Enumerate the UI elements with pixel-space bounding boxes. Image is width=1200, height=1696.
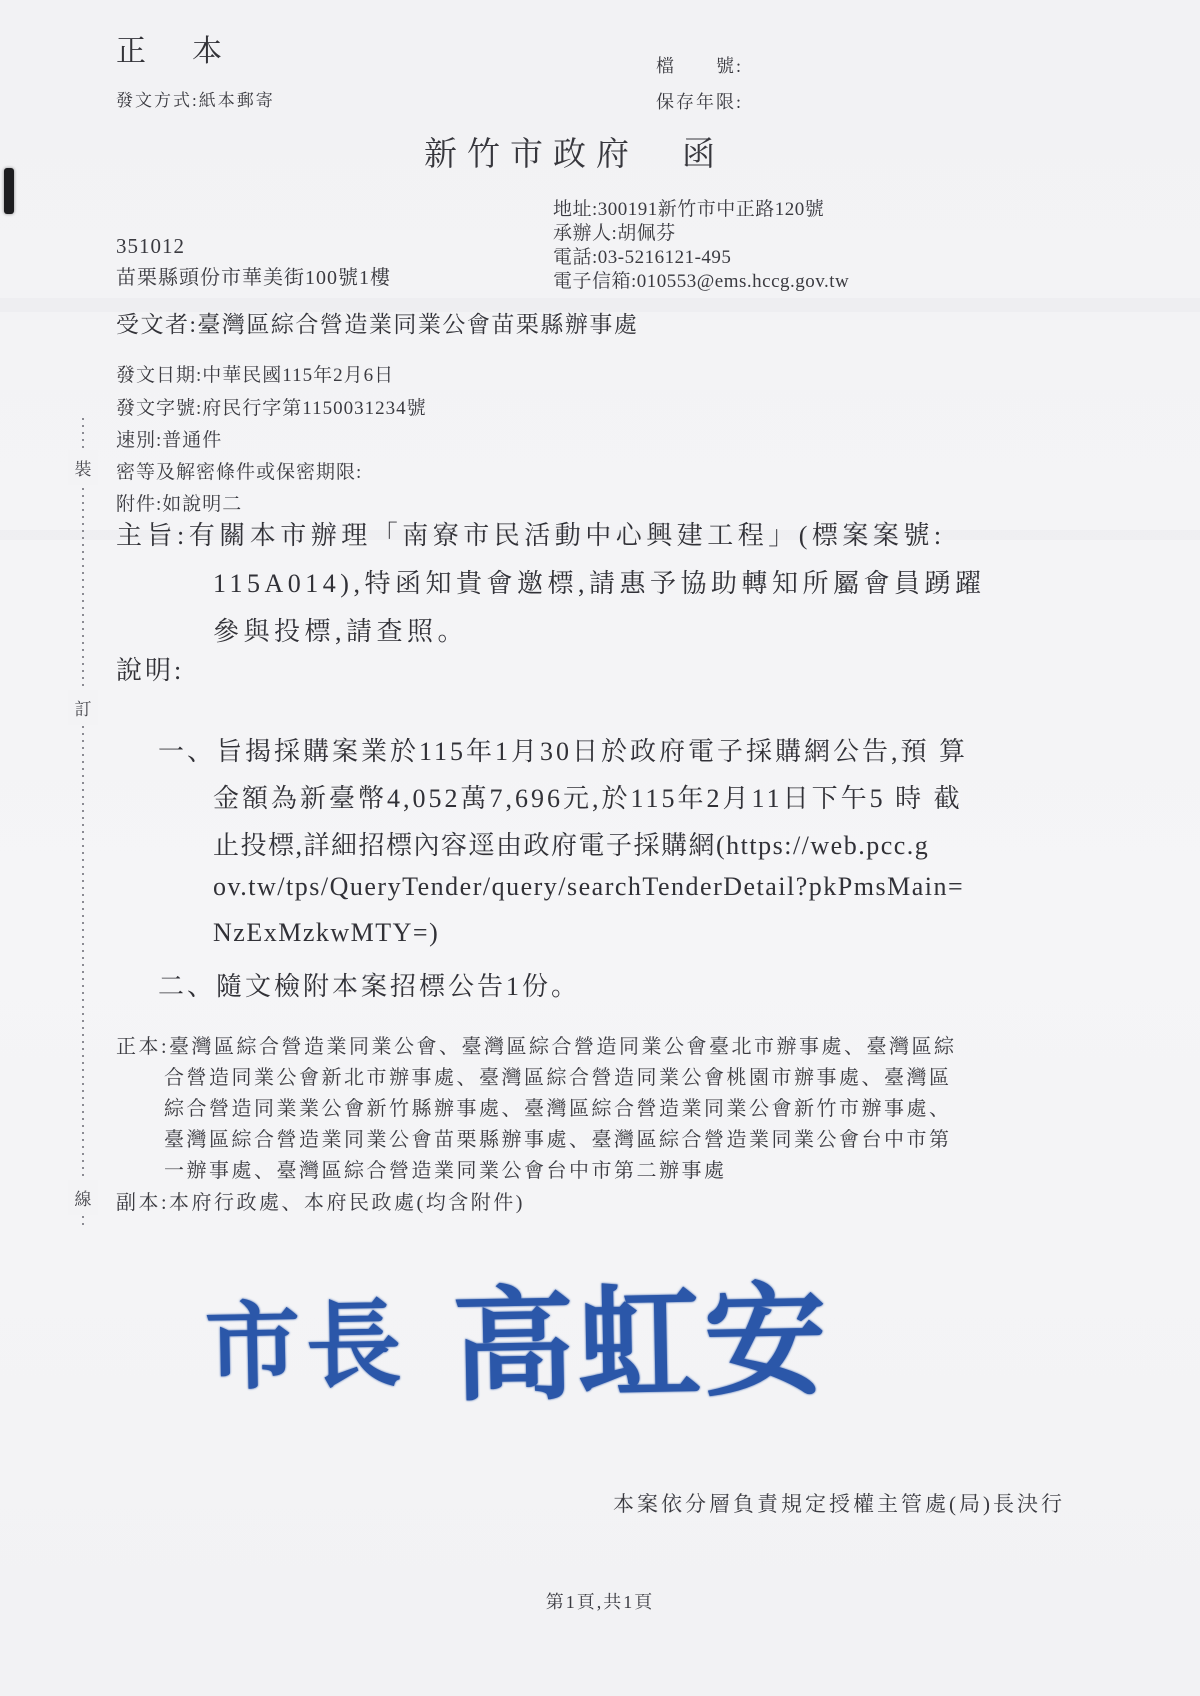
description-item2: 二、隨文檢附本案招標公告1份。 <box>158 966 580 1003</box>
authorization-note: 本案依分層負責規定授權主管處(局)長決行 <box>613 1488 1065 1518</box>
copy-type-label: 正 本 <box>116 26 230 70</box>
scan-artifact <box>4 168 14 214</box>
binding-mark-top: 裝 <box>68 450 98 485</box>
meta-priority: 速別:普通件 <box>116 425 222 452</box>
subject-line: 主旨:有關本市辦理「南寮市民活動中心興建工程」(標案案號: <box>116 515 946 552</box>
meta-attachment: 附件:如說明二 <box>116 489 242 516</box>
file-number-label: 檔 號: <box>656 52 743 78</box>
meta-security: 密等及解密條件或保密期限: <box>116 457 362 484</box>
recipient-zip: 351012 <box>116 234 185 259</box>
original-recipients-line: 一辦事處、臺灣區綜合營造業同業公會台中市第二辦事處 <box>164 1154 727 1183</box>
tender-url-line: NzExMzkwMTY=) <box>213 918 439 948</box>
recipient-line: 受文者:臺灣區綜合營造業同業公會苗栗縣辦事處 <box>116 306 638 339</box>
page-number: 第1頁,共1頁 <box>0 1588 1200 1614</box>
sender-phone: 電話:03-5216121-495 <box>553 246 731 270</box>
description-label: 說明: <box>116 650 184 687</box>
recipient-street: 苗栗縣頭份市華美街100號1樓 <box>116 261 391 290</box>
description-item1-line: 一、旨揭採購案業於115年1月30日於政府電子採購網公告,預 算 <box>158 731 968 768</box>
document-page: 正 本 發文方式:紙本郵寄 檔 號: 保存年限: 新竹市政府 函 地址:3001… <box>0 0 1200 1696</box>
subject-line: 115A014),特函知貴會邀標,請惠予協助轉知所屬會員踴躍 <box>213 563 985 600</box>
tender-url-line: ov.tw/tps/QueryTender/query/searchTender… <box>213 872 964 902</box>
description-item1-line: 金額為新臺幣4,052萬7,696元,於115年2月11日下午5 時 截 <box>213 778 963 815</box>
mayor-name: 高虹安 <box>450 1242 831 1424</box>
meta-ref-number: 發文字號:府民行字第1150031234號 <box>116 393 427 420</box>
original-recipients-line: 臺灣區綜合營造業同業公會苗栗縣辦事處、臺灣區綜合營造業同業公會台中市第 <box>164 1123 952 1152</box>
description-item1-line: 止投標,詳細招標內容逕由政府電子採購網(https://web.pcc.g <box>213 825 929 862</box>
retention-period-label: 保存年限: <box>656 88 743 114</box>
binding-mark-middle: 訂 <box>68 690 98 725</box>
original-recipients-line: 合營造同業公會新北市辦事處、臺灣區綜合營造同業公會桃園市辦事處、臺灣區 <box>164 1061 952 1090</box>
original-recipients-line: 綜合營造同業業公會新竹縣辦事處、臺灣區綜合營造業同業公會新竹市辦事處、 <box>164 1092 952 1121</box>
cc-recipients-line: 副本:本府行政處、本府民政處(均含附件) <box>116 1186 525 1215</box>
document-title: 新竹市政府 函 <box>424 128 725 175</box>
sender-contact-person: 承辦人:胡佩芬 <box>553 222 676 246</box>
binding-dotted-line <box>82 418 84 1230</box>
sender-address: 地址:300191新竹市中正路120號 <box>553 198 824 222</box>
mayor-title: 市長 <box>204 1269 408 1409</box>
meta-issue-date: 發文日期:中華民國115年2月6日 <box>116 360 394 387</box>
sender-email: 電子信箱:010553@ems.hccg.gov.tw <box>553 270 849 294</box>
binding-mark-bottom: 線 <box>68 1180 98 1215</box>
original-recipients-line: 正本:臺灣區綜合營造業同業公會、臺灣區綜合營造同業公會臺北市辦事處、臺灣區綜 <box>116 1030 957 1059</box>
delivery-method-label: 發文方式:紙本郵寄 <box>116 86 275 111</box>
mayor-signature: 市長 高虹安 <box>203 1234 846 1435</box>
subject-line: 參與投標,請查照。 <box>213 611 468 648</box>
